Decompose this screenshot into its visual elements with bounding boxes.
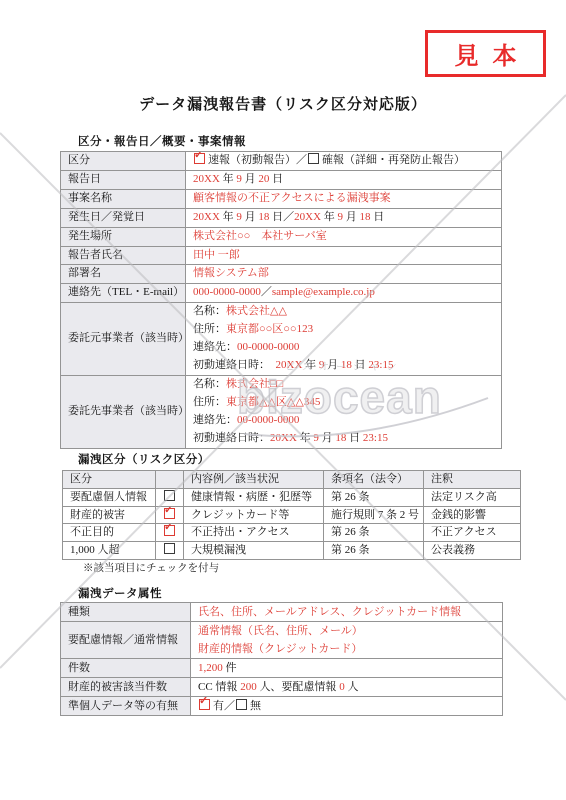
value-text: 東京都○○区○○123 (226, 323, 313, 335)
value-text: 年 (302, 359, 319, 371)
value-text: 20XX (276, 359, 303, 371)
value-line: 通常情報（氏名、住所、メール） (198, 622, 498, 640)
row-value: 名称：株式会社△△住所：東京都○○区○○123連絡先：00-0000-0000初… (186, 303, 502, 376)
value-line: 氏名、住所、メールアドレス、クレジットカード情報 (198, 603, 498, 621)
table-row: 発生日／発覚日20XX 年 9 月 18 日／20XX 年 9 月 18 日 (61, 208, 502, 227)
risk-footnote: ※該当項目にチェックを付与 (83, 560, 219, 575)
value-text: 20 (258, 173, 269, 185)
value-line: 住所：東京都△△区△△345 (193, 394, 497, 412)
value-line: 財産的情報（クレジットカード） (198, 640, 498, 658)
checkbox-checked-icon[interactable] (194, 153, 205, 164)
value-line: 株式会社○○ 本社サーバ室 (193, 228, 497, 246)
value-text: 月 (319, 432, 336, 444)
risk-table: 区分内容例／該当状況条項名（法令）注釈 要配慮個人情報健康情報・病歴・犯歴等第 … (62, 470, 521, 560)
value-text: 住所： (193, 396, 226, 408)
table-row: 1,000 人超大規模漏洩第 26 条公表義務 (63, 542, 521, 560)
value-text: 年 (220, 211, 237, 223)
value-text: 18 (258, 211, 269, 223)
section-heading-attrs: 漏洩データ属性 (78, 585, 162, 601)
value-text: 月 (242, 173, 259, 185)
value-text: 初動連絡日時： (193, 359, 276, 371)
value-text: 名称： (193, 305, 226, 317)
table-cell: 不正目的 (63, 524, 156, 542)
table-row: 不正目的不正持出・アクセス第 26 条不正アクセス (63, 524, 521, 542)
value-text: 連絡先： (193, 341, 237, 353)
value-text: 月 (242, 211, 259, 223)
value-text: 月 (324, 359, 341, 371)
value-text: 住所： (193, 323, 226, 335)
table-cell: クレジットカード等 (184, 506, 324, 524)
value-text: 20XX (193, 173, 220, 185)
value-text: 年 (297, 432, 314, 444)
value-text: 18 (360, 211, 371, 223)
value-text: 連絡先： (193, 414, 237, 426)
value-text: 日 (269, 173, 283, 185)
info-table: 区分速報（初動報告）／確報（詳細・再発防止報告）報告日20XX 年 9 月 20… (60, 151, 502, 449)
value-line: 初動連絡日時： 20XX 年 9 月 18 日 23:15 (193, 357, 497, 375)
value-text: 日 (269, 211, 283, 223)
row-value: 情報システム部 (186, 265, 502, 284)
value-text: 00-0000-0000 (237, 341, 299, 353)
checkbox-checked-icon[interactable] (164, 525, 175, 536)
value-text: 速報（初動報告）／ (208, 154, 307, 166)
table-cell: 不正アクセス (424, 524, 521, 542)
value-text: 名称： (193, 378, 226, 390)
checkbox-unchecked-icon[interactable] (164, 490, 175, 501)
row-value: 氏名、住所、メールアドレス、クレジットカード情報 (191, 603, 503, 622)
value-text: 無 (250, 700, 261, 712)
value-text: 初動連絡日時： (193, 432, 270, 444)
sample-stamp: 見本 (425, 30, 546, 77)
row-label: 報告者氏名 (61, 246, 186, 265)
table-row: 報告者氏名田中 一郎 (61, 246, 502, 265)
value-line: 初動連絡日時：20XX 年 9 月 18 日 23:15 (193, 430, 497, 448)
value-text: ／ (283, 211, 294, 223)
value-text: 日 (352, 359, 369, 371)
checkbox-unchecked-icon[interactable] (236, 699, 247, 710)
row-value: 株式会社○○ 本社サーバ室 (186, 227, 502, 246)
row-label: 発生日／発覚日 (61, 208, 186, 227)
value-text: 000-0000-0000 (193, 286, 261, 298)
table-cell: 金銭的影響 (424, 506, 521, 524)
column-header: 区分 (63, 471, 156, 489)
table-row: 要配慮個人情報健康情報・病歴・犯歴等第 26 条法定リスク高 (63, 488, 521, 506)
value-line: 情報システム部 (193, 265, 497, 283)
value-line: 田中 一郎 (193, 247, 497, 265)
value-line: 連絡先：00-0000-0000 (193, 412, 497, 430)
value-text: 株式会社○○ 本社サーバ室 (193, 230, 327, 242)
value-text: CC 情報 (198, 681, 240, 693)
value-line: 20XX 年 9 月 18 日／20XX 年 9 月 18 日 (193, 209, 497, 227)
row-label: 委託先事業者（該当時） (61, 375, 186, 448)
column-header: 内容例／該当状況 (184, 471, 324, 489)
value-text: 情報システム部 (193, 267, 269, 279)
table-row: 区分速報（初動報告）／確報（詳細・再発防止報告） (61, 152, 502, 171)
row-value: 顧客情報の不正アクセスによる漏洩事案 (186, 189, 502, 208)
row-value: 通常情報（氏名、住所、メール）財産的情報（クレジットカード） (191, 622, 503, 659)
table-row: 委託元事業者（該当時）名称：株式会社△△住所：東京都○○区○○123連絡先：00… (61, 303, 502, 376)
column-header: 注釈 (424, 471, 521, 489)
value-text: 件 (223, 662, 237, 674)
value-text: 株式会社□□ (226, 378, 283, 390)
table-cell: 不正持出・アクセス (184, 524, 324, 542)
table-cell: 要配慮個人情報 (63, 488, 156, 506)
column-header (156, 471, 184, 489)
risk-table-head: 区分内容例／該当状況条項名（法令）注釈 (63, 471, 521, 489)
value-text: 日 (346, 432, 363, 444)
row-label: 区分 (61, 152, 186, 171)
value-line: 速報（初動報告）／確報（詳細・再発防止報告） (193, 152, 497, 170)
attrs-table-body: 種類氏名、住所、メールアドレス、クレジットカード情報要配慮情報／通常情報通常情報… (61, 603, 503, 716)
value-text: 20XX (294, 211, 321, 223)
row-label: 委託元事業者（該当時） (61, 303, 186, 376)
value-line: 連絡先：00-0000-0000 (193, 339, 497, 357)
value-line: 20XX 年 9 月 20 日 (193, 171, 497, 189)
value-text: 23:15 (368, 359, 393, 371)
value-line: 名称：株式会社□□ (193, 376, 497, 394)
table-cell: 公表義務 (424, 542, 521, 560)
row-value: 速報（初動報告）／確報（詳細・再発防止報告） (186, 152, 502, 171)
value-text: 20XX (270, 432, 297, 444)
table-cell: 第 26 条 (324, 542, 424, 560)
value-text: 確報（詳細・再発防止報告） (322, 154, 465, 166)
checkbox-checked-icon[interactable] (164, 508, 175, 519)
row-value: 20XX 年 9 月 18 日／20XX 年 9 月 18 日 (186, 208, 502, 227)
value-line: 有／無 (198, 697, 498, 715)
table-cell: 施行規則 7 条 2 号 (324, 506, 424, 524)
value-text: 年 (220, 173, 237, 185)
value-text: 200 (240, 681, 257, 693)
row-value: 000-0000-0000／sample@example.co.jp (186, 284, 502, 303)
value-text: 財産的情報（クレジットカード） (198, 643, 362, 655)
value-text: 23:15 (363, 432, 388, 444)
row-label: 種類 (61, 603, 191, 622)
value-line: 顧客情報の不正アクセスによる漏洩事案 (193, 190, 497, 208)
value-text: 株式会社△△ (226, 305, 287, 317)
table-row: 財産的被害該当件数CC 情報 200 人、要配慮情報 0 人 (61, 678, 503, 697)
value-text: 顧客情報の不正アクセスによる漏洩事案 (193, 192, 391, 204)
checkbox-cell (156, 506, 184, 524)
table-cell: 第 26 条 (324, 524, 424, 542)
checkbox-checked-icon[interactable] (199, 699, 210, 710)
table-row: 財産的被害クレジットカード等施行規則 7 条 2 号金銭的影響 (63, 506, 521, 524)
value-text: 人 (345, 681, 359, 693)
row-value: 有／無 (191, 697, 503, 716)
checkbox-cell (156, 488, 184, 506)
row-label: 発生場所 (61, 227, 186, 246)
table-cell: 第 26 条 (324, 488, 424, 506)
value-text: 18 (335, 432, 346, 444)
page-title: データ漏洩報告書（リスク区分対応版） (0, 93, 566, 114)
value-line: 住所：東京都○○区○○123 (193, 321, 497, 339)
checkbox-cell (156, 542, 184, 560)
table-row: 件数1,200 件 (61, 659, 503, 678)
value-line: 000-0000-0000／sample@example.co.jp (193, 284, 497, 302)
table-row: 種類氏名、住所、メールアドレス、クレジットカード情報 (61, 603, 503, 622)
value-text: 有／ (213, 700, 235, 712)
risk-header-row: 区分内容例／該当状況条項名（法令）注釈 (63, 471, 521, 489)
table-cell: 財産的被害 (63, 506, 156, 524)
row-label: 財産的被害該当件数 (61, 678, 191, 697)
value-text: 通常情報（氏名、住所、メール） (198, 625, 363, 637)
value-text: 東京都△△区△△345 (226, 396, 320, 408)
row-value: 名称：株式会社□□住所：東京都△△区△△345連絡先：00-0000-0000初… (186, 375, 502, 448)
document-page: ビズオーシャン bizocean 見本 データ漏洩報告書（リスク区分対応版） 区… (0, 0, 566, 800)
table-row: 発生場所株式会社○○ 本社サーバ室 (61, 227, 502, 246)
value-text: 氏名、住所、メールアドレス、クレジットカード情報 (198, 606, 461, 618)
row-value: 20XX 年 9 月 20 日 (186, 170, 502, 189)
row-label: 事案名称 (61, 189, 186, 208)
table-row: 準個人データ等の有無有／無 (61, 697, 503, 716)
table-cell: 大規模漏洩 (184, 542, 324, 560)
value-text: 1,200 (198, 662, 223, 674)
row-label: 部署名 (61, 265, 186, 284)
value-line: 名称：株式会社△△ (193, 303, 497, 321)
row-label: 要配慮情報／通常情報 (61, 622, 191, 659)
value-text: 月 (343, 211, 360, 223)
row-label: 件数 (61, 659, 191, 678)
table-row: 部署名情報システム部 (61, 265, 502, 284)
table-cell: 1,000 人超 (63, 542, 156, 560)
value-text: 年 (321, 211, 338, 223)
attrs-table: 種類氏名、住所、メールアドレス、クレジットカード情報要配慮情報／通常情報通常情報… (60, 602, 503, 716)
value-line: 1,200 件 (198, 659, 498, 677)
row-value: 田中 一郎 (186, 246, 502, 265)
value-text: sample@example.co.jp (272, 286, 375, 298)
table-row: 事案名称顧客情報の不正アクセスによる漏洩事案 (61, 189, 502, 208)
value-line: CC 情報 200 人、要配慮情報 0 人 (198, 678, 498, 696)
table-row: 連絡先（TEL・E-mail）000-0000-0000／sample@exam… (61, 284, 502, 303)
table-row: 委託先事業者（該当時）名称：株式会社□□住所：東京都△△区△△345連絡先：00… (61, 375, 502, 448)
checkbox-unchecked-icon[interactable] (164, 543, 175, 554)
value-text: 日 (371, 211, 385, 223)
table-cell: 健康情報・病歴・犯歴等 (184, 488, 324, 506)
checkbox-unchecked-icon[interactable] (308, 153, 319, 164)
value-text: 18 (341, 359, 352, 371)
table-row: 報告日20XX 年 9 月 20 日 (61, 170, 502, 189)
value-text: ／ (261, 286, 272, 298)
table-cell: 法定リスク高 (424, 488, 521, 506)
section-heading-info: 区分・報告日／概要・事案情報 (78, 133, 246, 149)
info-table-body: 区分速報（初動報告）／確報（詳細・再発防止報告）報告日20XX 年 9 月 20… (61, 152, 502, 449)
value-text: 人、要配慮情報 (257, 681, 340, 693)
risk-table-body: 要配慮個人情報健康情報・病歴・犯歴等第 26 条法定リスク高財産的被害クレジット… (63, 488, 521, 559)
row-label: 報告日 (61, 170, 186, 189)
section-heading-risk: 漏洩区分（リスク区分） (78, 451, 210, 467)
row-label: 準個人データ等の有無 (61, 697, 191, 716)
table-row: 要配慮情報／通常情報通常情報（氏名、住所、メール）財産的情報（クレジットカード） (61, 622, 503, 659)
value-text: 20XX (193, 211, 220, 223)
checkbox-cell (156, 524, 184, 542)
value-text: 田中 一郎 (193, 249, 240, 261)
row-value: 1,200 件 (191, 659, 503, 678)
value-text: 00-0000-0000 (237, 414, 299, 426)
column-header: 条項名（法令） (324, 471, 424, 489)
row-value: CC 情報 200 人、要配慮情報 0 人 (191, 678, 503, 697)
row-label: 連絡先（TEL・E-mail） (61, 284, 186, 303)
